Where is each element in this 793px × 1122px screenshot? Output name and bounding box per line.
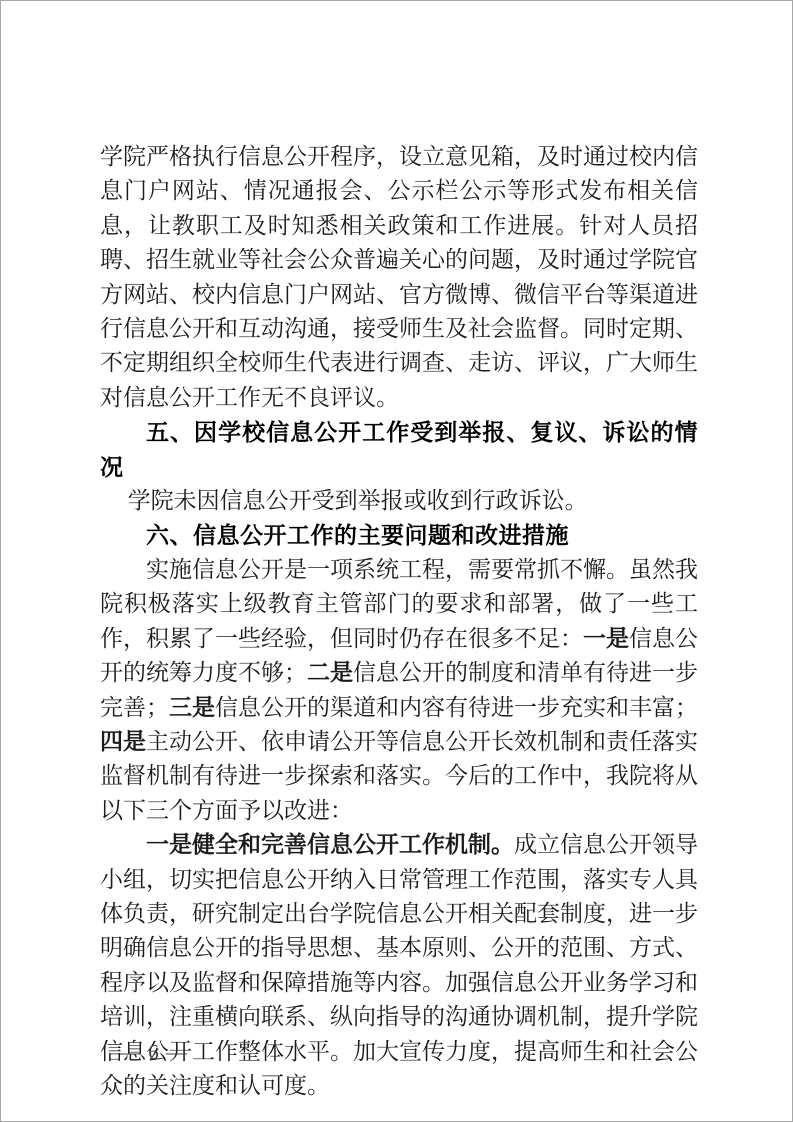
bold-lead-text: 一是健全和完善信息公开工作机制。 bbox=[146, 832, 514, 857]
paragraph-text: 信息公开的渠道和内容有待进一步充实和丰富； bbox=[215, 695, 698, 720]
document-body: 学院严格执行信息公开程序，设立意见箱，及时通过校内信息门户网站、情况通报会、公示… bbox=[100, 140, 698, 1103]
paragraph-no-complaints: 学院未因信息公开受到举报或收到行政诉讼。 bbox=[100, 484, 698, 518]
paragraph-text: 学院严格执行信息公开程序，设立意见箱，及时通过校内信息门户网站、情况通报会、公示… bbox=[100, 144, 698, 410]
paragraph-improvement-measure-1: 一是健全和完善信息公开工作机制。成立信息公开领导小组，切实把信息公开纳入日常管理… bbox=[100, 828, 698, 1103]
section-heading-5: 五、因学校信息公开工作受到举报、复议、诉讼的情况 bbox=[100, 415, 698, 484]
document-page: 学院严格执行信息公开程序，设立意见箱，及时通过校内信息门户网站、情况通报会、公示… bbox=[0, 0, 793, 1122]
section-heading-6: 六、信息公开工作的主要问题和改进措施 bbox=[100, 518, 698, 552]
bold-marker-3: 三是 bbox=[169, 695, 215, 720]
page-number: — 6 — bbox=[120, 1040, 188, 1065]
heading-text: 六、信息公开工作的主要问题和改进措施 bbox=[146, 522, 569, 548]
paragraph-text: 成立信息公开领导小组，切实把信息公开纳入日常管理工作范围，落实专人具体负责，研究… bbox=[100, 832, 698, 1098]
paragraph-disclosure-channels: 学院严格执行信息公开程序，设立意见箱，及时通过校内信息门户网站、情况通报会、公示… bbox=[100, 140, 698, 415]
heading-text: 五、因学校信息公开工作受到举报、复议、诉讼的情况 bbox=[100, 419, 698, 479]
paragraph-text: 主动公开、依申请公开等信息公开长效机制和责任落实监督机制有待进一步探索和落实。今… bbox=[100, 729, 698, 823]
bold-marker-4: 四是 bbox=[100, 729, 146, 754]
paragraph-text: 学院未因信息公开受到举报或收到行政诉讼。 bbox=[128, 488, 588, 513]
bold-marker-2: 二是 bbox=[307, 660, 353, 685]
bold-marker-1: 一是 bbox=[583, 626, 629, 651]
paragraph-problems: 实施信息公开是一项系统工程，需要常抓不懈。虽然我院积极落实上级教育主管部门的要求… bbox=[100, 553, 698, 828]
